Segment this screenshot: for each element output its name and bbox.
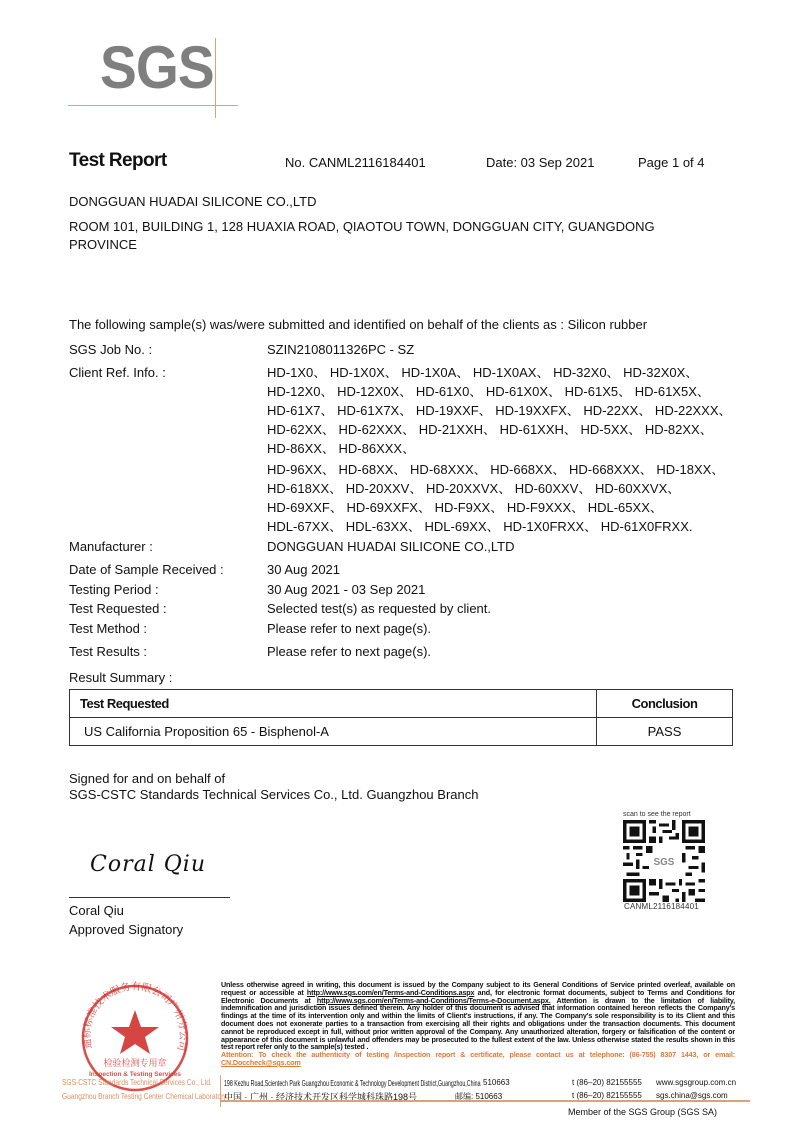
signing-company: SGS-CSTC Standards Technical Services Co… bbox=[69, 787, 478, 803]
signatory-role: Approved Signatory bbox=[69, 921, 183, 939]
sgs-logo: SGS bbox=[100, 38, 214, 98]
client-ref-list-1: HD-1X0、 HD-1X0X、 HD-1X0A、 HD-1X0AX、 HD-3… bbox=[267, 363, 732, 458]
footer-phone-1: t (86–20) 82155555 bbox=[572, 1078, 642, 1087]
footer-email-link[interactable]: sgs.china@sgs.com bbox=[656, 1091, 728, 1100]
table-header-row: Test Requested Conclusion bbox=[70, 690, 733, 718]
footer-accent-line-vertical bbox=[220, 1075, 221, 1107]
qr-report-id: CANML2116184401 bbox=[624, 902, 699, 911]
authenticity-notice: Attention: To check the authenticity of … bbox=[221, 1051, 735, 1067]
client-ref-list-2: HD-96XX、 HD-68XX、 HD-68XXX、 HD-668XX、 HD… bbox=[267, 460, 724, 536]
sample-intro: The following sample(s) was/were submitt… bbox=[69, 316, 647, 334]
client-ref-line: HD-62XX、 HD-62XXX、 HD-21XXH、 HD-61XXH、 H… bbox=[267, 420, 732, 439]
job-no-value: SZIN2108011326PC - SZ bbox=[267, 341, 414, 359]
test-method-label: Test Method : bbox=[69, 620, 147, 638]
signature-line bbox=[69, 897, 230, 898]
client-ref-line: HD-96XX、 HD-68XX、 HD-68XXX、 HD-668XX、 HD… bbox=[267, 460, 724, 479]
result-summary-label: Result Summary : bbox=[69, 669, 172, 687]
test-requested-value: Selected test(s) as requested by client. bbox=[267, 600, 491, 618]
date-received-value: 30 Aug 2021 bbox=[267, 561, 340, 579]
job-no-label: SGS Job No. : bbox=[69, 341, 152, 359]
member-statement: Member of the SGS Group (SGS SA) bbox=[568, 1107, 717, 1117]
svg-text:SGS: SGS bbox=[654, 857, 675, 868]
client-ref-line: HD-86XX、 HD-86XXX、 bbox=[267, 439, 732, 458]
qr-code-icon[interactable]: SGS bbox=[623, 820, 705, 902]
result-summary-table: Test Requested Conclusion US California … bbox=[69, 689, 733, 746]
test-method-value: Please refer to next page(s). bbox=[267, 620, 431, 638]
client-address-line1: ROOM 101, BUILDING 1, 128 HUAXIA ROAD, Q… bbox=[69, 218, 655, 236]
legal-disclaimer: Unless otherwise agreed in writing, this… bbox=[221, 981, 735, 1067]
client-ref-line: HD-1X0、 HD-1X0X、 HD-1X0A、 HD-1X0AX、 HD-3… bbox=[267, 363, 732, 382]
client-name: DONGGUAN HUADAI SILICONE CO.,LTD bbox=[69, 193, 317, 211]
report-number: No. CANML2116184401 bbox=[285, 155, 426, 170]
report-date: Date: 03 Sep 2021 bbox=[486, 155, 594, 170]
conclusion-cell: PASS bbox=[597, 718, 733, 746]
footer-website-link[interactable]: www.sgsgroup.com.cn bbox=[656, 1078, 736, 1087]
client-ref-line: HDL-67XX、 HDL-63XX、 HDL-69XX、 HD-1X0FRXX… bbox=[267, 517, 724, 536]
test-name-cell: US California Proposition 65 - Bisphenol… bbox=[70, 718, 597, 746]
manufacturer-value: DONGGUAN HUADAI SILICONE CO.,LTD bbox=[267, 538, 515, 556]
test-results-label: Test Results : bbox=[69, 643, 147, 661]
client-address-line2: PROVINCE bbox=[69, 236, 137, 254]
table-row: US California Proposition 65 - Bisphenol… bbox=[70, 718, 733, 746]
qr-caption: scan to see the report bbox=[623, 811, 691, 818]
footer-divider bbox=[220, 1100, 750, 1102]
footer-address-en: 198 Kezhu Road,Scientech Park Guangzhou … bbox=[224, 1078, 481, 1088]
report-title: Test Report bbox=[69, 150, 167, 172]
logo-accent-line bbox=[68, 105, 238, 106]
footer-postcode-en: 510663 bbox=[483, 1078, 510, 1087]
page-indicator: Page 1 of 4 bbox=[638, 155, 705, 170]
footer-phone-2: t (86–20) 82155555 bbox=[572, 1091, 642, 1100]
logo-accent-line-vertical bbox=[215, 38, 216, 118]
client-ref-line: HD-12X0、 HD-12X0X、 HD-61X0、 HD-61X0X、 HD… bbox=[267, 382, 732, 401]
test-requested-label: Test Requested : bbox=[69, 600, 167, 618]
svg-text:检验检测专用章: 检验检测专用章 bbox=[103, 1057, 166, 1069]
testing-period-label: Testing Period : bbox=[69, 581, 159, 599]
client-ref-line: HD-618XX、 HD-20XXV、 HD-20XXVX、 HD-60XXV、… bbox=[267, 479, 724, 498]
handwritten-signature: Coral Qiu bbox=[90, 852, 206, 877]
column-header-test: Test Requested bbox=[70, 690, 597, 718]
signatory-name: Coral Qiu bbox=[69, 902, 124, 920]
stamp-caption-line2: Guangzhou Branch Testing Center Chemical… bbox=[62, 1091, 228, 1101]
manufacturer-label: Manufacturer : bbox=[69, 538, 153, 556]
testing-period-value: 30 Aug 2021 - 03 Sep 2021 bbox=[267, 581, 425, 599]
test-results-value: Please refer to next page(s). bbox=[267, 643, 431, 661]
client-ref-line: HD-61X7、 HD-61X7X、 HD-19XXF、 HD-19XXFX、 … bbox=[267, 401, 732, 420]
client-ref-label: Client Ref. Info. : bbox=[69, 364, 166, 382]
column-header-conclusion: Conclusion bbox=[597, 690, 733, 718]
date-received-label: Date of Sample Received : bbox=[69, 561, 224, 579]
client-ref-line: HD-69XXF、 HD-69XXFX、 HD-F9XX、 HD-F9XXX、 … bbox=[267, 498, 724, 517]
doccheck-email-link[interactable]: CN.Doccheck@sgs.com bbox=[221, 1058, 301, 1067]
signed-on-behalf-line: Signed for and on behalf of bbox=[69, 771, 225, 787]
stamp-caption-line1: SGS-CSTC Standards Technical Services Co… bbox=[62, 1077, 212, 1087]
